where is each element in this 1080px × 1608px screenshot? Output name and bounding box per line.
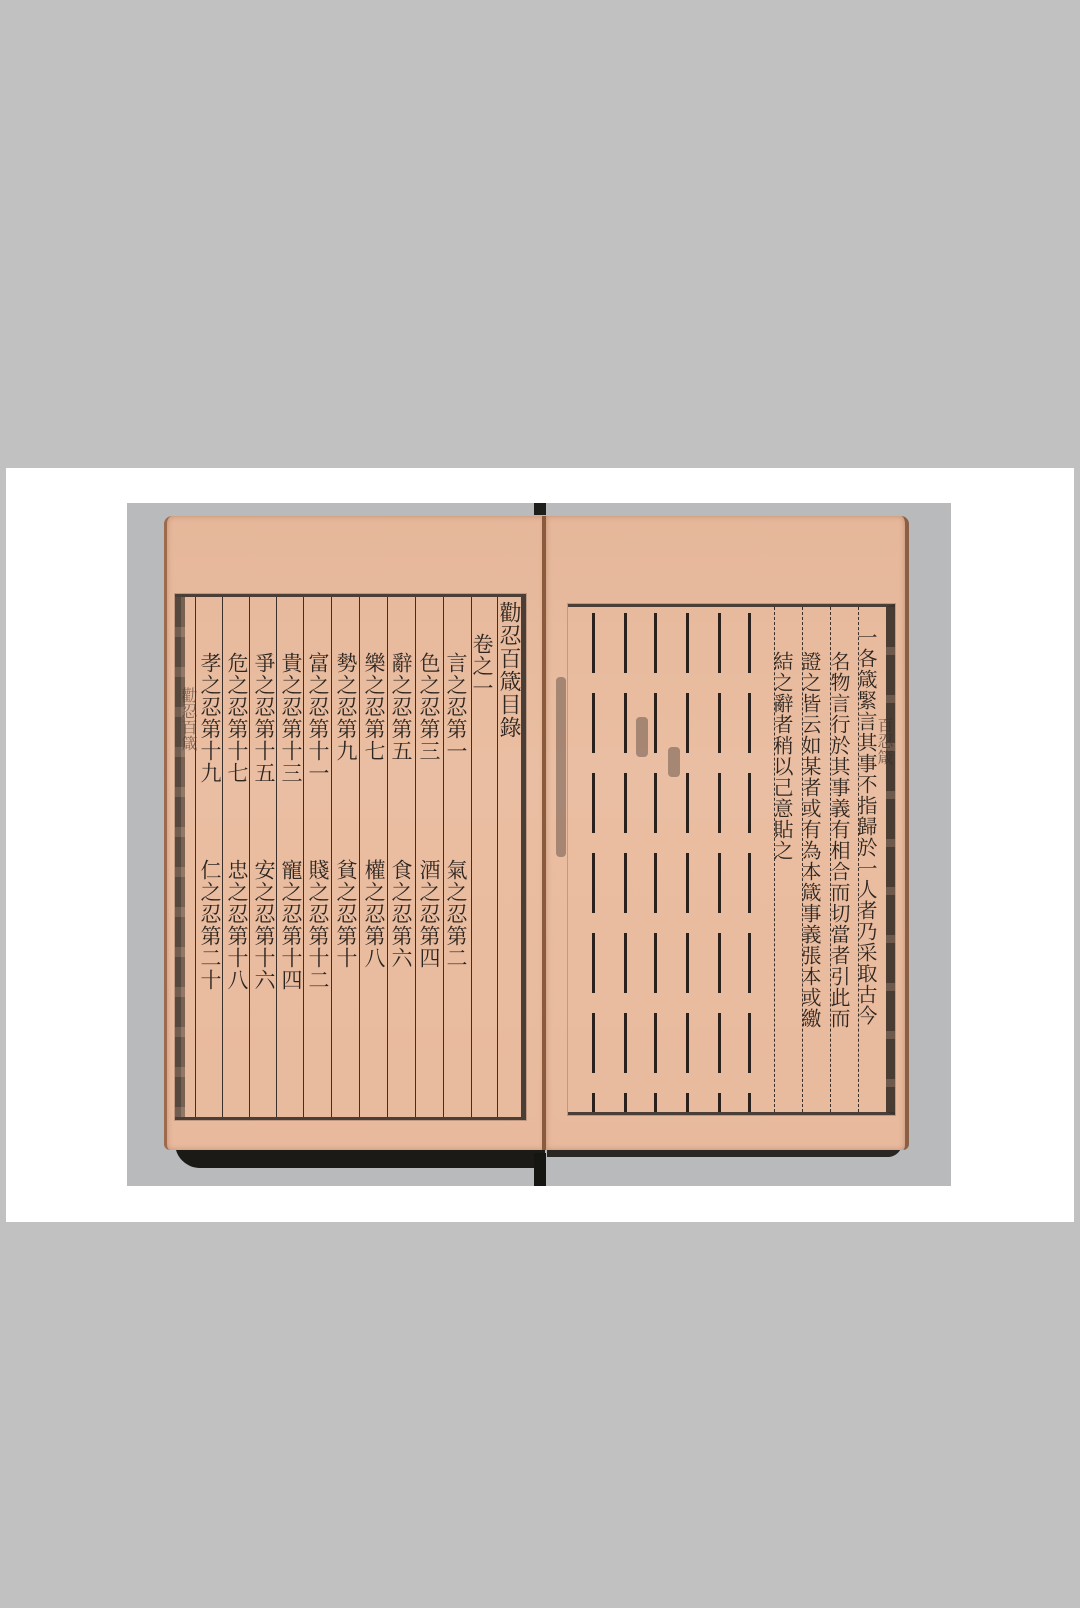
left-page: 勸忍百箴 勸忍百箴目錄 卷之一 言之忍第一 色之忍第三 [164,516,545,1150]
toc-entry: 勢之忍第九 [333,652,359,762]
column-rule [624,613,627,1112]
spine-bottom [534,1153,546,1186]
column-rule [748,613,751,1112]
toc-entry: 樂之忍第七 [361,652,387,762]
text-column: 結之辭者稍以己意貼之 [769,651,794,861]
toc-entry: 言之忍第一 [443,652,469,762]
toc-entry: 爭之忍第十五 [251,652,277,784]
toc-title: 勸忍百箴目錄 [495,601,521,739]
toc-entry: 貴之忍第十三 [278,652,304,784]
toc-entry: 權之忍第八 [361,859,387,969]
toc-entry: 貧之忍第十 [333,859,359,969]
spine-top [534,503,546,515]
text-column: 名物言行於其事義有相合而切當者引此而 [826,651,851,1029]
toc-entry: 孝之忍第十九 [197,652,223,784]
toc-entry: 食之忍第六 [388,859,414,969]
right-margin-strip [886,607,895,1112]
right-page: 百忍箴 一各箴緊言其事不指歸於一人者乃采取古今 名物言行於其事義有相合而切當者引… [546,516,909,1150]
toc-entry: 酒之忍第四 [416,859,442,969]
left-page-print-frame: 勸忍百箴 勸忍百箴目錄 卷之一 言之忍第一 色之忍第三 [175,594,526,1120]
toc-entry: 仁之忍第二十 [197,859,223,991]
toc-entry: 賤之忍第十二 [305,859,331,991]
toc-entry: 色之忍第三 [416,652,442,762]
column-rule [686,613,689,1112]
text-column: 證之皆云如某者或有為本箴事義張本或繳 [797,651,822,1029]
toc-entry: 安之忍第十六 [251,859,277,991]
text-column: 一各箴緊言其事不指歸於一人者乃采取古今 [853,627,878,1026]
ink-smudge [668,747,680,777]
column-rule [718,613,721,1112]
faded-ink-strip [556,677,566,857]
book-photograph: 勸忍百箴 勸忍百箴目錄 卷之一 言之忍第一 色之忍第三 [127,503,951,1186]
right-page-print-frame: 百忍箴 一各箴緊言其事不指歸於一人者乃采取古今 名物言行於其事義有相合而切當者引… [568,604,895,1115]
column-rule [654,613,657,1112]
toc-entry: 危之忍第十七 [224,652,250,784]
left-margin-strip [175,597,185,1117]
ink-smudge [636,717,648,757]
toc-entry: 辭之忍第五 [388,652,414,762]
toc-entry: 忠之忍第十八 [224,859,250,991]
toc-entry: 寵之忍第十四 [278,859,304,991]
column-rule [592,613,595,1112]
toc-entry: 富之忍第十一 [305,652,331,784]
volume-label: 卷之一 [469,633,495,699]
image-card: 勸忍百箴 勸忍百箴目錄 卷之一 言之忍第一 色之忍第三 [6,468,1074,1222]
toc-entry: 氣之忍第二 [443,859,469,969]
